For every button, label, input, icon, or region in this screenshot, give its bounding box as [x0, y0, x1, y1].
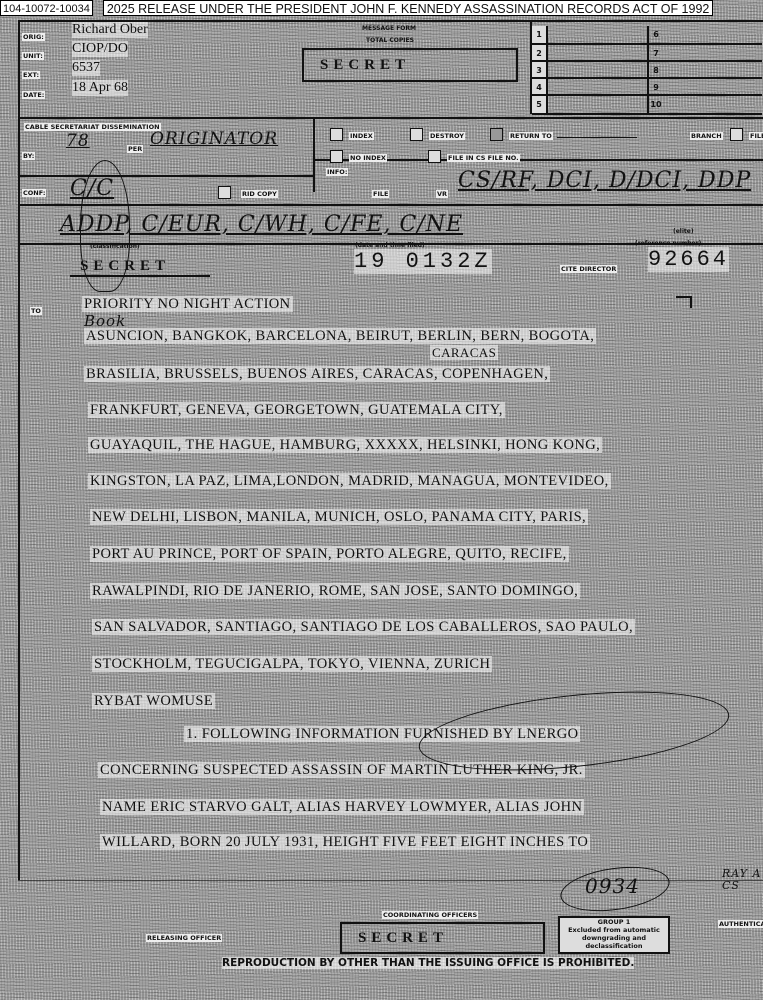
- conf-field: CONF: C/C: [22, 182, 46, 200]
- branch-checkbox[interactable]: BRANCH: [690, 125, 723, 143]
- cite-label: CITE DIRECTOR: [560, 265, 617, 273]
- per-value: ORIGINATOR: [150, 129, 278, 149]
- orig-field: ORIG: Richard Ober: [22, 26, 45, 44]
- destroy-checkbox[interactable]: DESTROY: [410, 125, 465, 143]
- reference-caption: (reference number): [635, 240, 701, 247]
- elite-caption: (elite): [673, 228, 694, 235]
- reproduction-notice: REPRODUCTION BY OTHER THAN THE ISSUING O…: [222, 957, 634, 969]
- message-line: STOCKHOLM, TEGUCIGALPA, TOKYO, VIENNA, Z…: [92, 656, 492, 673]
- return-to-checkbox[interactable]: RETURN TO: [490, 125, 637, 143]
- message-line: PORT AU PRINCE, PORT OF SPAIN, PORTO ALE…: [90, 546, 569, 563]
- form-title: MESSAGE FORM: [362, 25, 416, 32]
- unit-value: CIOP/DO: [72, 41, 128, 57]
- handwritten-side-note: RAY A CS: [722, 868, 762, 892]
- releasing-officer-label: RELEASING OFFICER: [146, 934, 222, 942]
- message-line: NEW DELHI, LISBON, MANILA, MUNICH, OSLO,…: [90, 509, 588, 526]
- message-line: WILLARD, BORN 20 JULY 1931, HEIGHT FIVE …: [100, 834, 590, 851]
- total-copies-label: TOTAL COPIES: [366, 37, 414, 44]
- message-line: RYBAT WOMUSE: [92, 693, 215, 710]
- ext-value: 6537: [72, 60, 100, 76]
- no-index-checkbox[interactable]: NO INDEX: [330, 147, 387, 165]
- date-time-filed: 19 0132Z: [354, 249, 492, 274]
- by-field: BY: 78 PER ORIGINATOR: [22, 145, 35, 163]
- date-field: DATE: 18 Apr 68: [22, 84, 45, 102]
- copy-row: 5 10: [532, 94, 762, 115]
- file-in-cs-checkbox[interactable]: FILE IN CS FILE NO.: [428, 147, 520, 165]
- message-line: BRASILIA, BRUSSELS, BUENOS AIRES, CARACA…: [84, 366, 550, 383]
- by-value: 78: [66, 131, 90, 151]
- orig-value: Richard Ober: [72, 22, 148, 38]
- message-line: NAME ERIC STARVO GALT, ALIAS HARVEY LOWM…: [100, 799, 584, 816]
- authenticating-label: AUTHENTICATING OFFICER: [718, 920, 763, 928]
- copy-row: 1 6: [532, 26, 762, 43]
- file-label: FILE: [372, 190, 389, 198]
- file-checkbox[interactable]: FILE: [730, 125, 763, 143]
- date-time-caption: (date and time filed): [355, 242, 425, 249]
- info-value: CS/RF, DCI, D/DCI, DDP: [458, 168, 751, 193]
- message-line: FRANKFURT, GENEVA, GEORGETOWN, GUATEMALA…: [88, 402, 505, 419]
- group-1-box: GROUP 1 Excluded from automatic downgrad…: [558, 916, 670, 954]
- message-line: SAN SALVADOR, SANTIAGO, SANTIAGO DE LOS …: [92, 619, 635, 636]
- ext-field: EXT: 6537: [22, 64, 40, 82]
- message-line: ASUNCION, BANGKOK, BARCELONA, BEIRUT, BE…: [84, 328, 596, 345]
- corner-mark: [676, 296, 692, 308]
- header-classification: SECRET: [320, 57, 410, 74]
- checkbox[interactable]: [218, 186, 231, 199]
- cable-document-page: 104-10072-10034 2025 RELEASE UNDER THE P…: [0, 0, 763, 1000]
- rid-copy-checkbox[interactable]: RID COPY: [218, 183, 278, 201]
- handwritten-loop: [80, 160, 130, 292]
- message-line: GUAYAQUIL, THE HAGUE, HAMBURG, XXXXX, HE…: [88, 437, 602, 454]
- message-line: KINGSTON, LA PAZ, LIMA,LONDON, MADRID, M…: [88, 473, 611, 490]
- caracas-insert: CARACAS: [430, 345, 498, 361]
- unit-field: UNIT: CIOP/DO: [22, 45, 44, 63]
- precedence: PRIORITY NO NIGHT ACTION: [82, 296, 293, 313]
- date-value: 18 Apr 68: [72, 80, 128, 96]
- message-line: RAWALPINDI, RIO DE JANERIO, ROME, SAN JO…: [90, 583, 580, 600]
- index-checkbox[interactable]: INDEX: [330, 125, 374, 143]
- coordinating-officers-label: COORDINATING OFFICERS: [382, 911, 478, 919]
- dissemination-label: CABLE SECRETARIAT DISSEMINATION: [24, 123, 161, 131]
- info-label: INFO:: [326, 168, 348, 176]
- cite-number: 92664: [648, 247, 729, 272]
- handwritten-number: 0934: [585, 874, 640, 898]
- release-notice: 2025 RELEASE UNDER THE PRESIDENT JOHN F.…: [103, 0, 714, 16]
- footer-classification-box: SECRET: [340, 922, 545, 954]
- to-label: TO: [30, 307, 42, 315]
- header-classification-box: SECRET: [302, 48, 518, 82]
- release-banner: 104-10072-10034 2025 RELEASE UNDER THE P…: [0, 0, 713, 16]
- vr-label: VR: [436, 190, 448, 198]
- record-id: 104-10072-10034: [0, 0, 93, 16]
